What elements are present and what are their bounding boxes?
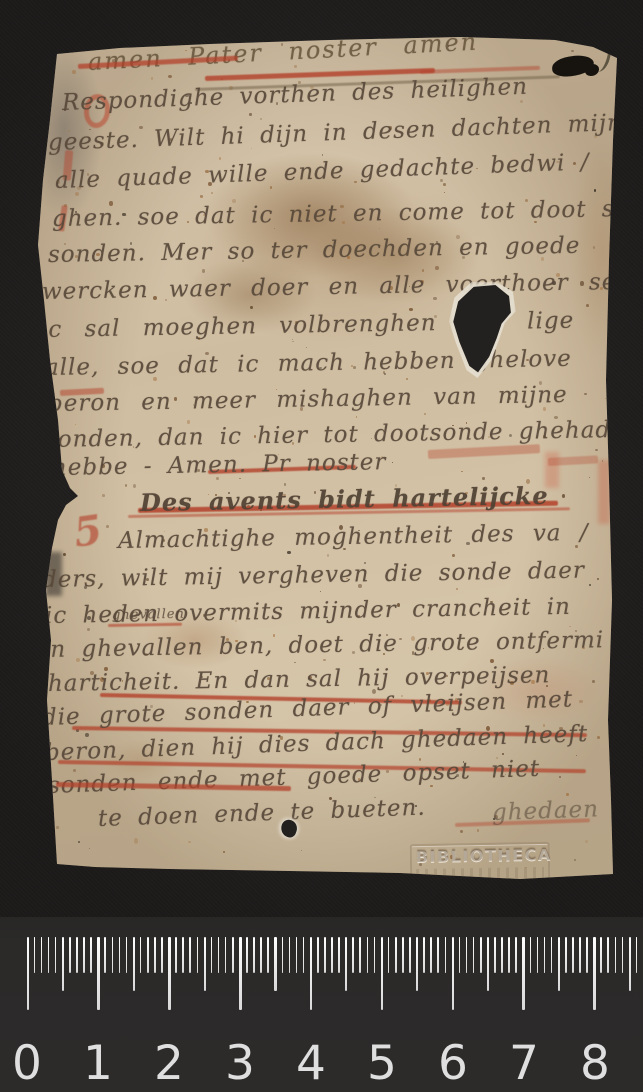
stain-speck (502, 753, 504, 755)
stain-speck (379, 228, 381, 229)
ruler-tick-mm (289, 937, 291, 973)
stain-speck (301, 850, 302, 851)
stain-speck (106, 525, 108, 528)
dark-fleck (392, 462, 394, 464)
ruler-tick-mm (508, 937, 510, 973)
library-stamp: BIBLIOTHECA (410, 842, 551, 886)
photo-stage: 5 amen Pater noster amen Respondighe vor… (0, 0, 643, 1092)
interlinear-addition: ghevallen (112, 607, 185, 623)
ruler: 0 1 2 3 4 5 6 7 8 (0, 917, 643, 1092)
ruler-tick-mm (395, 937, 397, 973)
ruler-tick-mm (161, 937, 163, 973)
ruler-tick-mm (296, 937, 298, 973)
ruler-tick-mm (388, 937, 390, 973)
ruler-tick-mm (338, 937, 340, 973)
stain-speck (294, 662, 295, 663)
stain-speck (134, 838, 138, 843)
ruler-tick-cm (522, 937, 525, 1010)
ruler-tick-cm (452, 937, 455, 1010)
stain-speck (576, 755, 577, 756)
ruler-tick-mm (267, 937, 269, 973)
ruler-tick-half (345, 937, 347, 991)
ruler-tick-mm (331, 937, 333, 973)
ruler-tick-mm (225, 937, 227, 973)
stain-speck (294, 65, 297, 68)
ruler-tick-mm (459, 937, 461, 973)
stain-speck (406, 378, 408, 380)
ruler-tick-mm (282, 937, 284, 973)
stain-speck (356, 416, 357, 418)
stain-speck (200, 195, 203, 198)
stain-speck (482, 477, 485, 480)
ruler-tick-mm (182, 937, 184, 973)
ruler-tick-mm (466, 937, 468, 973)
stain-speck (461, 471, 463, 473)
ruler-tick-mm (69, 937, 71, 973)
stain-speck (559, 776, 562, 778)
stain-speck (239, 478, 241, 480)
ruler-tick-mm (253, 937, 255, 973)
ruler-tick-mm (175, 937, 177, 973)
ruler-tick-mm (437, 937, 439, 973)
ruler-number: 5 (367, 1036, 397, 1091)
ruler-tick-mm (530, 937, 532, 973)
ruler-tick-mm (317, 937, 319, 973)
ruler-tick-mm (600, 937, 602, 973)
stain-speck (452, 554, 455, 558)
ruler-tick-mm (119, 937, 121, 973)
ruler-tick-mm (551, 937, 553, 973)
ruler-number: 4 (296, 1036, 326, 1091)
ruler-tick-mm (402, 937, 404, 973)
red-edge-smudge (598, 460, 610, 524)
stain-speck (292, 341, 293, 342)
stain-speck (520, 100, 523, 103)
dark-fleck (594, 189, 596, 191)
stain-speck (456, 588, 458, 590)
ruler-number: 3 (225, 1036, 255, 1091)
stain-speck (320, 591, 321, 592)
ruler-number: 0 (12, 1036, 42, 1091)
photo-background: 5 amen Pater noster amen Respondighe vor… (0, 0, 643, 920)
stain-speck (89, 848, 90, 849)
ruler-tick-mm (409, 937, 411, 973)
ruler-tick-mm (112, 937, 114, 973)
ruler-tick-cm (593, 937, 596, 1010)
ruler-tick-cm (239, 937, 242, 1010)
stain-speck (585, 840, 588, 843)
ruler-tick-cm (310, 937, 313, 1010)
ruler-tick-mm (83, 937, 85, 973)
stain-speck (133, 484, 136, 488)
ruler-tick-mm (189, 937, 191, 973)
stain-speck (56, 826, 59, 829)
stain-speck (306, 347, 307, 348)
stain-speck (168, 75, 172, 78)
stamp-second-line (416, 867, 544, 883)
ruler-tick-cm (27, 937, 30, 1010)
stain-speck (211, 192, 213, 194)
stain-speck (444, 192, 445, 193)
stain-speck (219, 157, 222, 160)
ruler-tick-mm (41, 937, 43, 973)
ruler-tick-mm (586, 937, 588, 973)
stain-speck (270, 186, 272, 189)
ruler-tick-mm (48, 937, 50, 973)
ruler-number: 7 (509, 1036, 539, 1091)
ruler-number: 2 (154, 1036, 184, 1091)
ruler-tick-mm (537, 937, 539, 973)
stain-speck (63, 553, 66, 556)
stain-speck (435, 266, 439, 270)
ruler-tick-mm (473, 937, 475, 973)
stain-speck (586, 304, 589, 307)
ruler-tick-mm (154, 937, 156, 973)
ruler-tick-mm (34, 937, 36, 973)
stain-speck (250, 306, 252, 309)
stain-speck (477, 829, 480, 832)
ruler-tick-mm (324, 937, 326, 973)
ruler-tick-half (487, 937, 489, 991)
ruler-tick-half (558, 937, 560, 991)
stain-speck (202, 269, 205, 273)
ruler-tick-mm (515, 937, 517, 973)
stain-speck (597, 578, 599, 580)
stain-speck (443, 183, 446, 186)
stain-speck (424, 413, 426, 415)
ruler-number: 1 (83, 1036, 113, 1091)
ruler-tick-cm (168, 937, 171, 1010)
stain-speck (566, 793, 569, 796)
dark-fleck (322, 154, 324, 156)
ruler-tick-half (274, 937, 276, 991)
ruler-tick-mm (147, 937, 149, 973)
ruler-tick-mm (359, 937, 361, 973)
ruler-tick-mm (55, 937, 57, 973)
ruler-tick-mm (544, 937, 546, 973)
ruler-tick-mm (76, 937, 78, 973)
ruler-tick-half (62, 937, 64, 991)
ruler-tick-mm (303, 937, 305, 973)
ruler-number: 8 (580, 1036, 610, 1091)
stain-speck (589, 477, 590, 478)
stain-speck (292, 339, 293, 340)
dark-fleck (589, 584, 591, 586)
stain-speck (571, 50, 574, 52)
ruler-tick-mm (367, 937, 369, 973)
parchment-fragment: 5 amen Pater noster amen Respondighe vor… (0, 0, 643, 920)
ruler-tick-mm (445, 937, 447, 973)
ruler-tick-mm (140, 937, 142, 973)
stain-speck (584, 393, 587, 395)
ruler-tick-mm (636, 937, 638, 973)
dark-fleck (85, 733, 89, 737)
ruler-tick-mm (211, 937, 213, 973)
ruler-tick-mm (565, 937, 567, 973)
ruler-tick-mm (90, 937, 92, 973)
ruler-tick-mm (501, 937, 503, 973)
ruler-tick-cm (97, 937, 100, 1010)
dark-fleck (78, 841, 80, 843)
stain-speck (72, 70, 76, 75)
ruler-tick-mm (232, 937, 234, 973)
stain-speck (422, 269, 425, 272)
ruler-tick-mm (260, 937, 262, 973)
manuscript-line-faded: ghedaen (492, 796, 600, 826)
ruler-tick-half (629, 937, 631, 991)
stain-speck (595, 449, 598, 451)
ruler-tick-mm (218, 937, 220, 973)
stain-speck (605, 398, 606, 399)
ruler-tick-mm (579, 937, 581, 973)
stain-speck (187, 420, 190, 423)
ruler-tick-half (204, 937, 206, 991)
stain-speck (597, 736, 600, 739)
stain-speck (574, 859, 576, 861)
stain-speck (188, 841, 190, 843)
stain-speck (592, 680, 595, 683)
stain-speck (460, 830, 463, 833)
stain-speck (125, 484, 127, 486)
ruler-tick-mm (622, 937, 624, 973)
ruler-tick-mm (352, 937, 354, 973)
ruler-tick-half (133, 937, 135, 991)
stain-speck (151, 77, 154, 80)
stain-speck (223, 851, 225, 853)
ruler-tick-mm (607, 937, 609, 973)
ruler-tick-mm (104, 937, 106, 973)
ruler-tick-mm (246, 937, 248, 973)
stamp-text: BIBLIOTHECA (416, 845, 544, 866)
stain-speck (249, 113, 252, 115)
ruler-tick-mm (494, 937, 496, 973)
ruler-tick-mm (374, 937, 376, 973)
stain-speck (102, 494, 105, 497)
ruler-tick-mm (615, 937, 617, 973)
stain-speck (75, 424, 76, 425)
ruler-tick-mm (572, 937, 574, 973)
stain-speck (562, 494, 565, 498)
stain-speck (323, 659, 326, 661)
stain-speck (593, 246, 595, 248)
stain-speck (327, 554, 329, 557)
ruler-number: 6 (438, 1036, 468, 1091)
ruler-tick-mm (430, 937, 432, 973)
ruler-tick-mm (423, 937, 425, 973)
ruler-tick-half (416, 937, 418, 991)
ruler-tick-mm (197, 937, 199, 973)
red-corner-smudge (568, 21, 597, 41)
stain-speck (260, 118, 262, 120)
stain-speck (579, 700, 583, 703)
ruler-tick-mm (480, 937, 482, 973)
ruler-tick-cm (381, 937, 384, 1010)
ruler-tick-mm (126, 937, 128, 973)
